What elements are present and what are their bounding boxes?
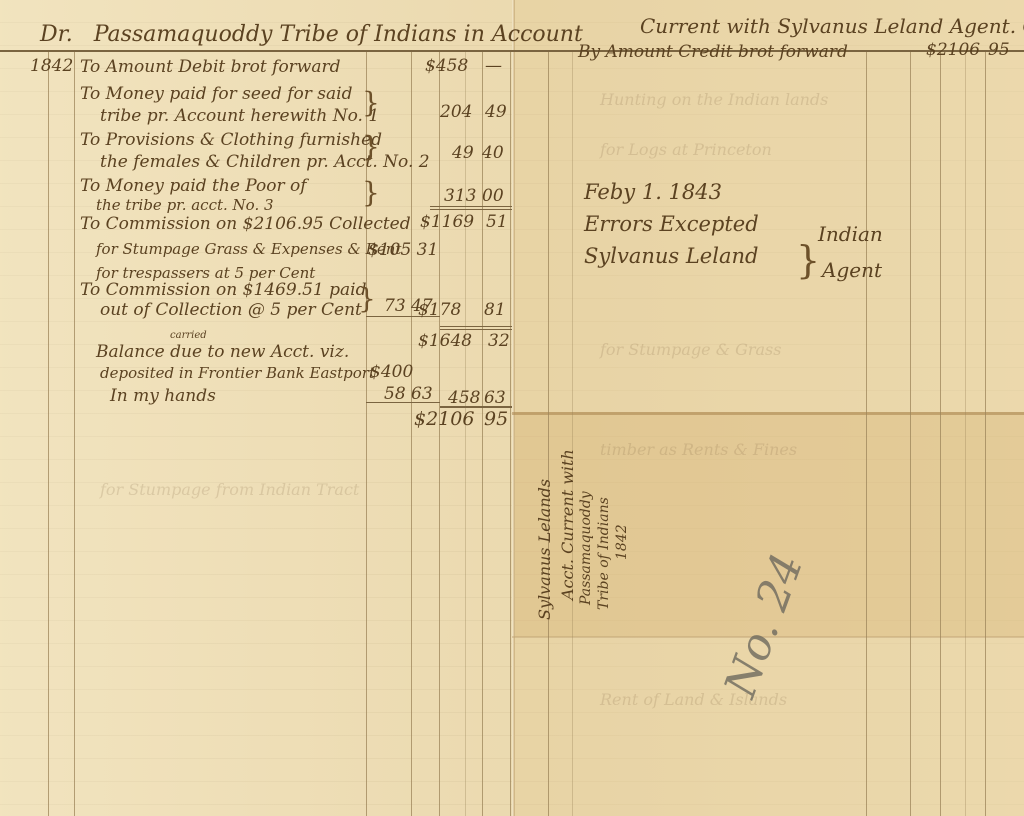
brace-icon: } xyxy=(362,86,380,119)
debit-mark: Dr. xyxy=(40,22,73,47)
debit-entry-2-line2: tribe pr. Account herewith No. 1 xyxy=(100,106,379,126)
credit-entry-1: By Amount Credit brot forward xyxy=(578,42,848,62)
bleed-through-text: for Stumpage & Grass xyxy=(600,340,781,359)
debit-entry-1: To Amount Debit brot forward xyxy=(80,57,341,77)
subtotal-2-cents: 32 xyxy=(488,331,510,351)
bleed-through-text: for Logs at Princeton xyxy=(600,140,772,159)
debit-entry-3-line2: the females & Children pr. Acct. No. 2 xyxy=(100,152,430,172)
sum-rule xyxy=(366,402,440,403)
commission-1-amount: $105 31 xyxy=(368,240,438,260)
ruled-column-line xyxy=(548,50,549,816)
ledger-sheet: Dr. Passamaquoddy Tribe of Indians in Ac… xyxy=(0,0,1024,816)
ruled-column-line xyxy=(439,50,440,816)
balance-line3: In my hands xyxy=(110,386,216,406)
sum-rule xyxy=(440,329,512,330)
horizontal-fold xyxy=(512,412,1024,415)
credit-entry-1-dollars: $2106 xyxy=(926,40,980,60)
commission-total-cents: 81 xyxy=(484,300,506,320)
balance-in-hands: 58 63 xyxy=(384,384,433,404)
commission-total-dollars: $178 xyxy=(418,300,461,320)
ruled-column-line xyxy=(465,50,466,816)
bleed-through-text: Hunting on the Indian lands xyxy=(600,90,828,109)
ruled-column-line xyxy=(985,50,986,816)
header-title-left: Dr. Passamaquoddy Tribe of Indians in Ac… xyxy=(40,22,583,47)
commission-2-line1: To Commission on $1469.51 paid xyxy=(80,280,367,300)
sum-rule xyxy=(430,209,512,210)
ruled-column-line xyxy=(866,50,867,816)
bleed-through-text: for Stumpage from Indian Tract xyxy=(100,480,359,499)
brace-icon: } xyxy=(358,282,376,315)
endorsement-errors-excepted: Errors Excepted xyxy=(584,212,759,236)
balance-total-dollars: 458 xyxy=(448,388,480,408)
debit-entry-1-amount: $458 xyxy=(425,56,468,76)
debit-entry-2-line1: To Money paid for seed for said xyxy=(80,84,352,104)
ruled-column-line xyxy=(74,50,75,816)
docket-line3: Passamaquoddy xyxy=(578,491,594,605)
debit-entry-3-cents: 40 xyxy=(482,143,504,163)
credit-entry-1-cents: 95 xyxy=(988,40,1010,60)
balance-line1: Balance due to new Acct. viz. xyxy=(96,342,349,362)
brace-icon: } xyxy=(362,176,380,209)
brace-icon: } xyxy=(362,130,380,163)
balance-total-cents: 63 xyxy=(484,388,506,408)
subtotal-2-dollars: $1648 xyxy=(418,331,472,351)
sum-rule xyxy=(430,206,512,207)
ruled-column-line xyxy=(572,50,573,816)
carried-note: carried xyxy=(170,330,207,341)
ruled-column-line xyxy=(510,50,511,816)
header-title-right: Current with Sylvanus Leland Agent. Cr. xyxy=(640,14,1024,38)
center-fold xyxy=(512,0,515,816)
endorsement-signature: Sylvanus Leland xyxy=(584,244,758,268)
debit-entry-3-line1: To Provisions & Clothing furnished xyxy=(80,130,382,150)
grand-total-cents: 95 xyxy=(484,408,508,430)
debit-entry-2-cents: 49 xyxy=(485,102,507,122)
endorsement-role-indian: Indian xyxy=(818,222,883,246)
commission-2-line2: out of Collection @ 5 per Cent xyxy=(100,300,362,320)
bleed-through-text: timber as Rents & Fines xyxy=(600,440,797,459)
title-text-left: Passamaquoddy Tribe of Indians in Accoun… xyxy=(94,22,583,47)
ruled-column-line xyxy=(965,50,966,816)
docket-line2: Acct. Current with xyxy=(558,449,577,600)
balance-line2: deposited in Frontier Bank Eastport xyxy=(100,364,375,382)
subtotal-1-dollars: $1169 xyxy=(420,212,474,232)
ruled-column-line xyxy=(48,50,49,816)
endorsement-date: Feby 1. 1843 xyxy=(584,180,722,204)
commission-1-line1: To Commission on $2106.95 Collected xyxy=(80,214,411,234)
subtotal-1-cents: 51 xyxy=(486,212,508,232)
debit-entry-4-line2: the tribe pr. acct. No. 3 xyxy=(96,196,274,214)
header-rule xyxy=(0,50,1024,52)
year: 1842 xyxy=(30,56,73,76)
debit-entry-2-dollars: 204 xyxy=(440,102,472,122)
endorsement-role-agent: Agent xyxy=(822,258,882,282)
debit-entry-1-cents: — xyxy=(485,56,502,76)
ruled-column-line xyxy=(910,50,911,816)
sum-rule xyxy=(440,326,512,327)
docket-line1: Sylvanus Lelands xyxy=(535,479,554,620)
ruled-column-line xyxy=(940,50,941,816)
debit-entry-4-cents: 00 xyxy=(482,186,504,206)
docket-line5: 1842 xyxy=(614,524,630,560)
ruled-column-line xyxy=(482,50,483,816)
commission-1-line2: for Stumpage Grass & Expenses & Rent xyxy=(96,240,401,258)
docket-line4: Tribe of Indians xyxy=(596,497,612,610)
debit-entry-4-dollars: 313 xyxy=(444,186,476,206)
brace-icon: } xyxy=(796,238,820,282)
debit-entry-3-dollars: 49 xyxy=(452,143,474,163)
grand-total-dollars: $2106 xyxy=(414,408,474,430)
balance-deposited: $400 xyxy=(370,362,413,382)
debit-entry-4-line1: To Money paid the Poor of xyxy=(80,176,307,196)
